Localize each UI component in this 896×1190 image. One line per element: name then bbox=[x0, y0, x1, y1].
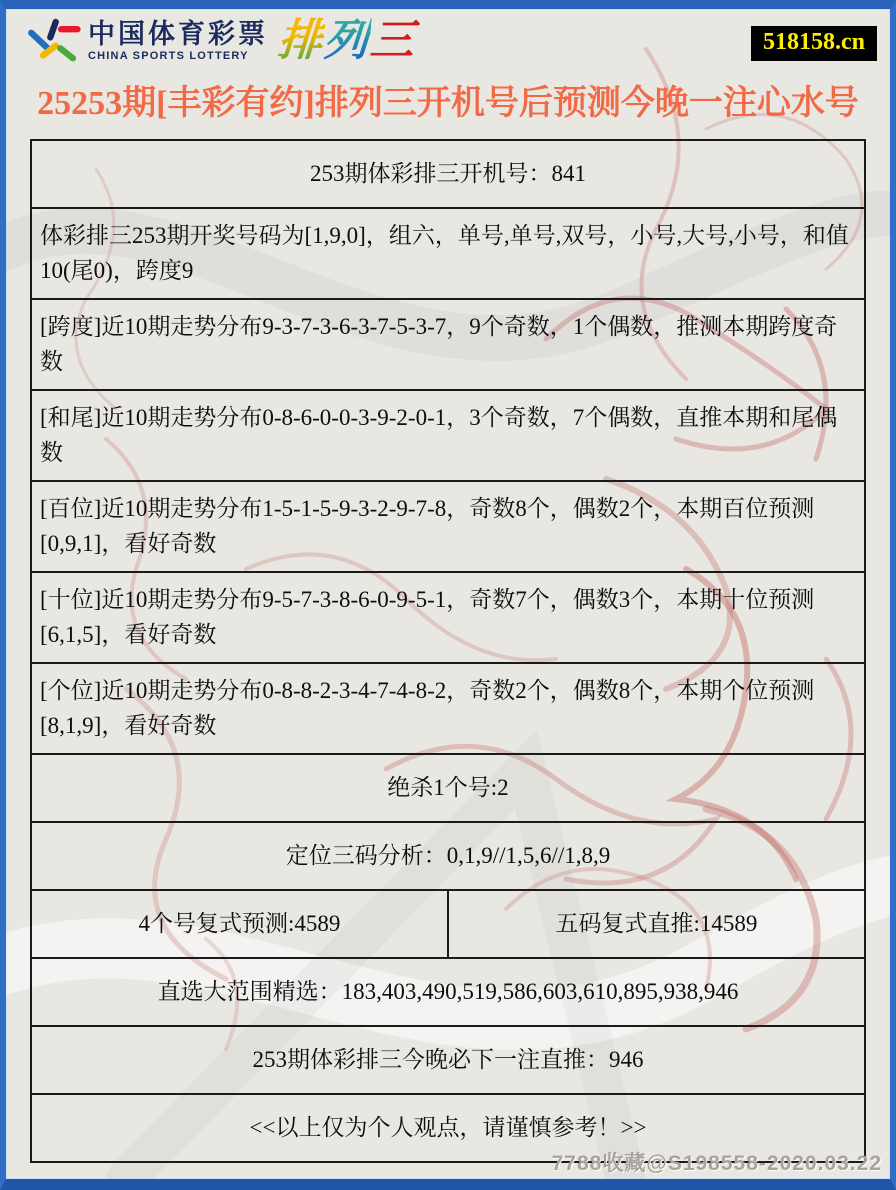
brand-char: 列 bbox=[322, 16, 371, 65]
article-title: 25253期[丰彩有约]排列三开机号后预测今晚一注心水号 bbox=[6, 75, 890, 124]
table-row: 253期体彩排三今晚必下一注直推：946 bbox=[31, 1026, 865, 1094]
table-cell: [百位]近10期走势分布1-5-1-5-9-3-2-9-7-8，奇数8个，偶数2… bbox=[31, 481, 865, 572]
table-cell: [十位]近10期走势分布9-5-7-3-8-6-0-9-5-1，奇数7个，偶数3… bbox=[31, 572, 865, 663]
table-row: 绝杀1个号:2 bbox=[31, 754, 865, 822]
brand-pailiesan: 排列三 bbox=[276, 19, 417, 63]
table-row: 定位三码分析：0,1,9//1,5,6//1,8,9 bbox=[31, 822, 865, 890]
watermark-text: 7788收藏@S198558-2020.03.22 bbox=[552, 1147, 882, 1177]
table-row: [跨度]近10期走势分布9-3-7-3-6-3-7-5-3-7，9个奇数，1个偶… bbox=[31, 299, 865, 390]
logo-text: 中国体育彩票 CHINA SPORTS LOTTERY bbox=[88, 21, 268, 62]
table-row: 253期体彩排三开机号：841 bbox=[31, 140, 865, 208]
logo-chinese-name: 中国体育彩票 bbox=[88, 21, 268, 48]
table-row: [百位]近10期走势分布1-5-1-5-9-3-2-9-7-8，奇数8个，偶数2… bbox=[31, 481, 865, 572]
table-row: 直选大范围精选：183,403,490,519,586,603,610,895,… bbox=[31, 958, 865, 1026]
brand-char: 三 bbox=[368, 16, 417, 65]
prediction-table-body: 253期体彩排三开机号：841体彩排三253期开奖号码为[1,9,0]，组六，单… bbox=[31, 140, 865, 1162]
table-row: [十位]近10期走势分布9-5-7-3-8-6-0-9-5-1，奇数7个，偶数3… bbox=[31, 572, 865, 663]
table-cell: 定位三码分析：0,1,9//1,5,6//1,8,9 bbox=[31, 822, 865, 890]
table-row: [个位]近10期走势分布0-8-8-2-3-4-7-4-8-2，奇数2个，偶数8… bbox=[31, 663, 865, 754]
lottery-prediction-page: 中国体育彩票 CHINA SPORTS LOTTERY 排列三 518158.c… bbox=[0, 0, 896, 1190]
logo-english-name: CHINA SPORTS LOTTERY bbox=[88, 51, 268, 62]
table-cell: 253期体彩排三开机号：841 bbox=[31, 140, 865, 208]
table-cell: [和尾]近10期走势分布0-8-6-0-0-3-9-2-0-1，3个奇数，7个偶… bbox=[31, 390, 865, 481]
site-url-badge: 518158.cn bbox=[751, 26, 877, 61]
brand-char: 排 bbox=[276, 16, 325, 65]
table-cell: 五码复式直推:14589 bbox=[448, 890, 865, 958]
table-cell: [跨度]近10期走势分布9-3-7-3-6-3-7-5-3-7，9个奇数，1个偶… bbox=[31, 299, 865, 390]
sports-lottery-logo: 中国体育彩票 CHINA SPORTS LOTTERY 排列三 bbox=[24, 16, 416, 66]
lottery-pinwheel-icon bbox=[24, 16, 82, 66]
table-cell: 直选大范围精选：183,403,490,519,586,603,610,895,… bbox=[31, 958, 865, 1026]
table-row: [和尾]近10期走势分布0-8-6-0-0-3-9-2-0-1，3个奇数，7个偶… bbox=[31, 390, 865, 481]
table-cell: [个位]近10期走势分布0-8-8-2-3-4-7-4-8-2，奇数2个，偶数8… bbox=[31, 663, 865, 754]
table-cell: 253期体彩排三今晚必下一注直推：946 bbox=[31, 1026, 865, 1094]
table-row: 体彩排三253期开奖号码为[1,9,0]，组六，单号,单号,双号，小号,大号,小… bbox=[31, 208, 865, 299]
header: 中国体育彩票 CHINA SPORTS LOTTERY 排列三 518158.c… bbox=[6, 9, 890, 73]
table-row: 4个号复式预测:4589五码复式直推:14589 bbox=[31, 890, 865, 958]
table-cell: 体彩排三253期开奖号码为[1,9,0]，组六，单号,单号,双号，小号,大号,小… bbox=[31, 208, 865, 299]
table-cell: 绝杀1个号:2 bbox=[31, 754, 865, 822]
table-cell: 4个号复式预测:4589 bbox=[31, 890, 448, 958]
prediction-table: 253期体彩排三开机号：841体彩排三253期开奖号码为[1,9,0]，组六，单… bbox=[30, 139, 866, 1163]
